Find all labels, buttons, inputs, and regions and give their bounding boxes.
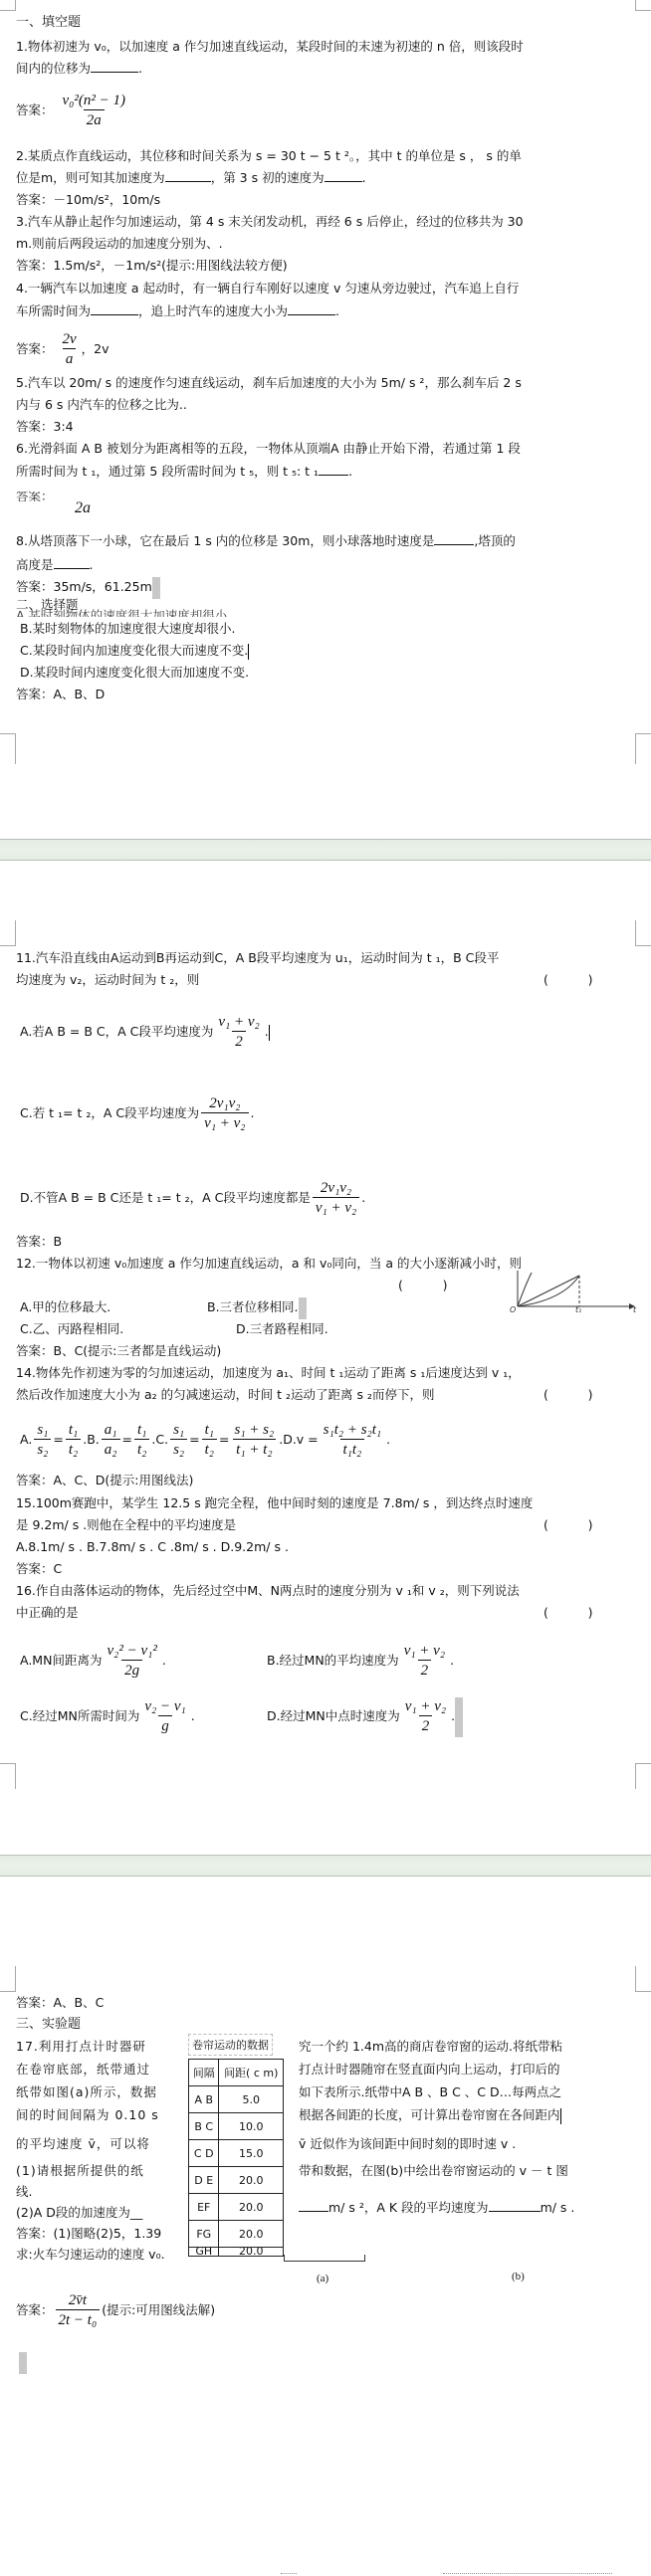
page-corner-mark [0,733,16,764]
answer-blank[interactable] [434,530,474,545]
page-break [0,1855,651,1877]
answer-blank[interactable] [54,554,90,569]
q16-option-b: B.经过MN的平均速度为v₁ + v₂2. [267,1639,454,1683]
q17-right-line: 根据各间距的长度，可计算出卷帘窗在各间距内 [299,2104,561,2126]
q4-line2: 车所需时间为，追上时汽车的速度大小为. [16,300,339,322]
q15-options: A.8.1m/ s . B.7.8m/ s . C .8m/ s . D.9.2… [16,1536,289,1558]
q16-answer-paren[interactable]: ( ) [543,1602,593,1624]
q3-answer: 答案：1.5m/s²，－1m/s²(提示:用图线法较方便) [16,255,288,277]
q5-line2: 内与 6 s 内汽车的位移之比为.. [16,394,187,416]
q17-left-line: 的平均速度 v̄，可以将 [16,2133,150,2155]
text-cursor [560,2108,561,2124]
q12-answer-paren[interactable]: ( ) [398,1275,448,1296]
page-corner-mark [635,0,651,11]
q17-left-line: (1)请根据所提供的纸 [16,2160,144,2182]
page-corner-mark [0,920,16,946]
table-row: EF20.0 [189,2194,284,2221]
q8-answer: 答案：35m/s，61.25m [16,576,160,599]
table-row: C D15.0 [189,2140,284,2167]
page-break [0,839,651,861]
selection-highlight [455,1697,463,1737]
page-corner-mark [635,920,651,946]
page-corner-mark [0,1966,16,1992]
q16-option-d: D.经过MN中点时速度为v₁ + v₂2. [267,1694,463,1738]
q17-right-line: 打点计时器随帘在竖直面内向上运动，打印后的 [299,2059,560,2081]
q16-option-c: C.经过MN所需时间为v₂ − v₁g. [20,1694,195,1738]
q17-left-line: 求:火车匀速运动的速度 v₀. [16,2244,165,2266]
q6-line2: 所需时间为 t ₁，通过第 5 段所需时间为 t ₅，则 t ₅: t ₁. [16,461,352,483]
q8-line2: 高度是. [16,554,94,576]
curtain-data-table: 间隔 间距( c m) A B5.0 B C10.0 C D15.0 D E20… [188,2059,284,2257]
q11-answer: 答案：B [16,1231,62,1253]
selection-highlight [152,577,160,599]
answer-blank[interactable] [319,461,348,476]
q1-answer: 答案： v₀²(n² − 1)2a [16,88,130,133]
answer-blank[interactable] [299,2197,328,2212]
figure-a-frame [284,2255,365,2262]
q2-answer: 答案：－10m/s²，10m/s [16,189,160,211]
answer-blank[interactable] [91,300,138,315]
q5-answer: 答案：3:4 [16,416,74,438]
fraction: v₀²(n² − 1)2a [60,92,128,130]
svg-text:t: t [633,1305,637,1312]
q11-line1: 11.汽车沿直线由A运动到B再运动到C，A B段平均速度为 u₁，运动时间为 t… [16,947,499,969]
fraction: 2va [60,330,80,369]
q17-right-line: m/ s ²，A K 段的平均速度为m/ s . [299,2197,574,2219]
q17-right-line: 究一个约 1.4m高的商店卷帘窗的运动.将纸带粘 [299,2036,562,2058]
answer-blank[interactable] [325,167,362,182]
q3-line2: m.则前后两段运动的加速度分别为、. [16,233,223,255]
q11-answer-paren[interactable]: ( ) [543,969,593,991]
q15-line2: 是 9.2m/ s .则他在全程中的平均速度是 [16,1514,236,1536]
q6-clipped-fraction: 2a [75,497,91,519]
option-c: C.某段时间内加速度变化很大而速度不变. [20,640,249,662]
q11-line2: 均速度为 v₂，运动时间为 t ₂，则 [16,969,199,991]
q16-answer: 答案：A、B、C [16,1992,104,2014]
table-header-row: 间隔 间距( c m) [189,2060,284,2086]
q17-left-line: (2)A D段的加速度为__ [16,2202,142,2224]
q11-option-c: C.若 t ₁= t ₂，A C段平均速度为2v₁v₂v₁ + v₂. [20,1091,255,1135]
page-corner-mark [635,1763,651,1789]
q17-left-line: 间的时间间隔为 0.10 s [16,2104,159,2126]
q2-line1: 2.某质点作直线运动，其位移和时间关系为 s = 30 t − 5 t ²。，其… [16,145,522,167]
table-row: A B5.0 [189,2086,284,2113]
text-cursor [248,644,249,660]
option-b: B.某时刻物体的加速度很大速度却很小. [20,618,236,640]
clipped-dotted-line [443,2573,612,2574]
q14-answer-paren[interactable]: ( ) [543,1384,593,1406]
answer-blank[interactable] [489,2197,541,2212]
q12-line1: 12.一物体以初速 v₀加速度 a 作匀加速直线运动，a 和 v₀同向，当 a … [16,1253,522,1275]
selection-highlight [299,1297,307,1319]
page-corner-mark [0,1763,16,1789]
page-corner-mark [635,1966,651,1992]
option-d: D.某段时间内速度变化很大而加速度不变. [20,662,249,684]
q14-line2: 然后改作加速度大小为 a₂ 的匀减速运动，时间 t ₂运动了距离 s ₂而停下，… [16,1384,434,1406]
q5-line1: 5.汽车以 20m/ s 的速度作匀速直线运动，刹车后加速度的大小为 5m/ s… [16,372,522,394]
q6-line1: 6.光滑斜面 A B 被划分为距离相等的五段，一物体从顶端A 由静止开始下滑，若… [16,438,521,460]
q17-answer: 答案：(1)图略(2)5，1.39 [16,2223,161,2245]
table-caption: 卷帘运动的数据 [188,2034,273,2056]
table-row: D E20.0 [189,2167,284,2194]
final-answer: 答案：2v̄t2t − t₀(提示:可用图线法解) [16,2286,215,2334]
page-corner-mark [0,0,16,11]
document-page-3: 答案：A、B、C 三、实验题 17.利用打点计时器研 在卷帘底部，纸带通过 纸带… [0,1877,651,2576]
table-row: FG20.0 [189,2221,284,2248]
q15-line1: 15.100m赛跑中，某学生 12.5 s 跑完全程，他中间时刻的速度是 7.8… [16,1492,533,1514]
section-title-experiment: 三、实验题 [16,2014,81,2036]
q12-option-a: A.甲的位移最大. [20,1296,110,1318]
q12-option-b: B.三者位移相同. [207,1296,307,1319]
q17-right-line: 带和数据，在图(b)中绘出卷帘窗运动的 v － t 图 [299,2160,568,2182]
q17-left-line: 线. [16,2181,32,2203]
svg-text:t₁: t₁ [575,1305,581,1312]
figure-b-label: (b) [512,2271,525,2282]
q15-answer: 答案：C [16,1558,62,1580]
option-a-overlapped: A.某时刻物体的速度很大加速度却很小. [16,609,231,617]
q12-option-c: C.乙、丙路程相同. [20,1318,123,1340]
q17-left-line: 在卷帘底部，纸带通过 [16,2059,150,2081]
text-cursor [269,1025,270,1041]
q12-answer: 答案：B、C(提示:三者都是直线运动) [16,1340,221,1362]
selection-highlight [19,2352,27,2374]
table-row: B C10.0 [189,2113,284,2140]
q-answer-abd: 答案：A、B、D [16,684,105,705]
q17-right-line: 如下表所示.纸带中A B 、B C 、C D…每两点之 [299,2081,561,2103]
q3-line1: 3.汽车从静止起作匀加速运动，第 4 s 末关闭发动机，再经 6 s 后停止，经… [16,211,524,233]
q14-answer: 答案：A、C、D(提示:用图线法) [16,1470,193,1491]
q15-answer-paren[interactable]: ( ) [543,1514,593,1536]
q2-line2: 位是m，则可知其加速度为，第 3 s 初的速度为. [16,167,366,189]
section-title-fill-in: 一、填空题 [16,12,81,34]
q11-option-d: D.不管A B = B C还是 t ₁= t ₂，A C段平均速度都是2v₁v₂… [20,1176,365,1220]
document-page-2: 11.汽车沿直线由A运动到B再运动到C，A B段平均速度为 u₁，运动时间为 t… [0,861,651,1861]
page-corner-mark [635,733,651,764]
clipped-dot-mark [281,2573,297,2574]
q17-right-line: v̄ 近似作为该间距中间时刻的即时速 v . [299,2133,516,2155]
q17-left-line: 纸带如图(a)所示，数据 [16,2081,157,2103]
q16-line2: 中正确的是 [16,1602,79,1624]
q12-option-d: D.三者路程相同. [236,1318,328,1340]
displacement-time-graph: O t₁ t [508,1271,637,1312]
answer-blank[interactable] [91,58,138,73]
q11-option-a: A.若A B = B C，A C段平均速度为v₁ + v₂2. [20,1010,270,1054]
document-page-1: 一、填空题 1.物体初速为 v₀，以加速度 a 作匀加速直线运动，某段时间的末速… [0,0,651,836]
q14-options: A.s₁s₂=t₁t₂.B.a₁a₂=t₁t₂.C.s₁s₂=t₁t₂=s₁ +… [20,1418,390,1462]
answer-blank[interactable] [288,300,335,315]
q4-answer: 答案： 2va，2v [16,328,109,370]
table-row: GH20.0 [189,2248,284,2257]
q16-option-a: A.MN间距离为v₂² − v₁²2g. [20,1639,166,1683]
q16-line1: 16.作自由落体运动的物体，先后经过空中M、N两点时的速度分别为 v ₁和 v … [16,1580,520,1602]
q8-line1: 8.从塔顶落下一小球，它在最后 1 s 内的位移是 30m，则小球落地时速度是,… [16,530,516,552]
q1-line1: 1.物体初速为 v₀，以加速度 a 作匀加速直线运动，某段时间的末速为初速的 n… [16,36,524,58]
svg-text:O: O [510,1305,516,1312]
q1-line2: 间内的位移为. [16,58,142,80]
q14-line1: 14.物体先作初速为零的匀加速运动，加速度为 a₁、时间 t ₁运动了距离 s … [16,1362,521,1384]
answer-blank[interactable] [165,167,211,182]
q6-clipped-answer: 答案： [16,492,54,501]
figure-a-label: (a) [317,2273,328,2284]
q4-line1: 4.一辆汽车以加速度 a 起动时，有一辆自行车刚好以速度 v 匀速从旁边驶过，汽… [16,278,519,299]
q17-left-line: 17.利用打点计时器研 [16,2036,146,2058]
